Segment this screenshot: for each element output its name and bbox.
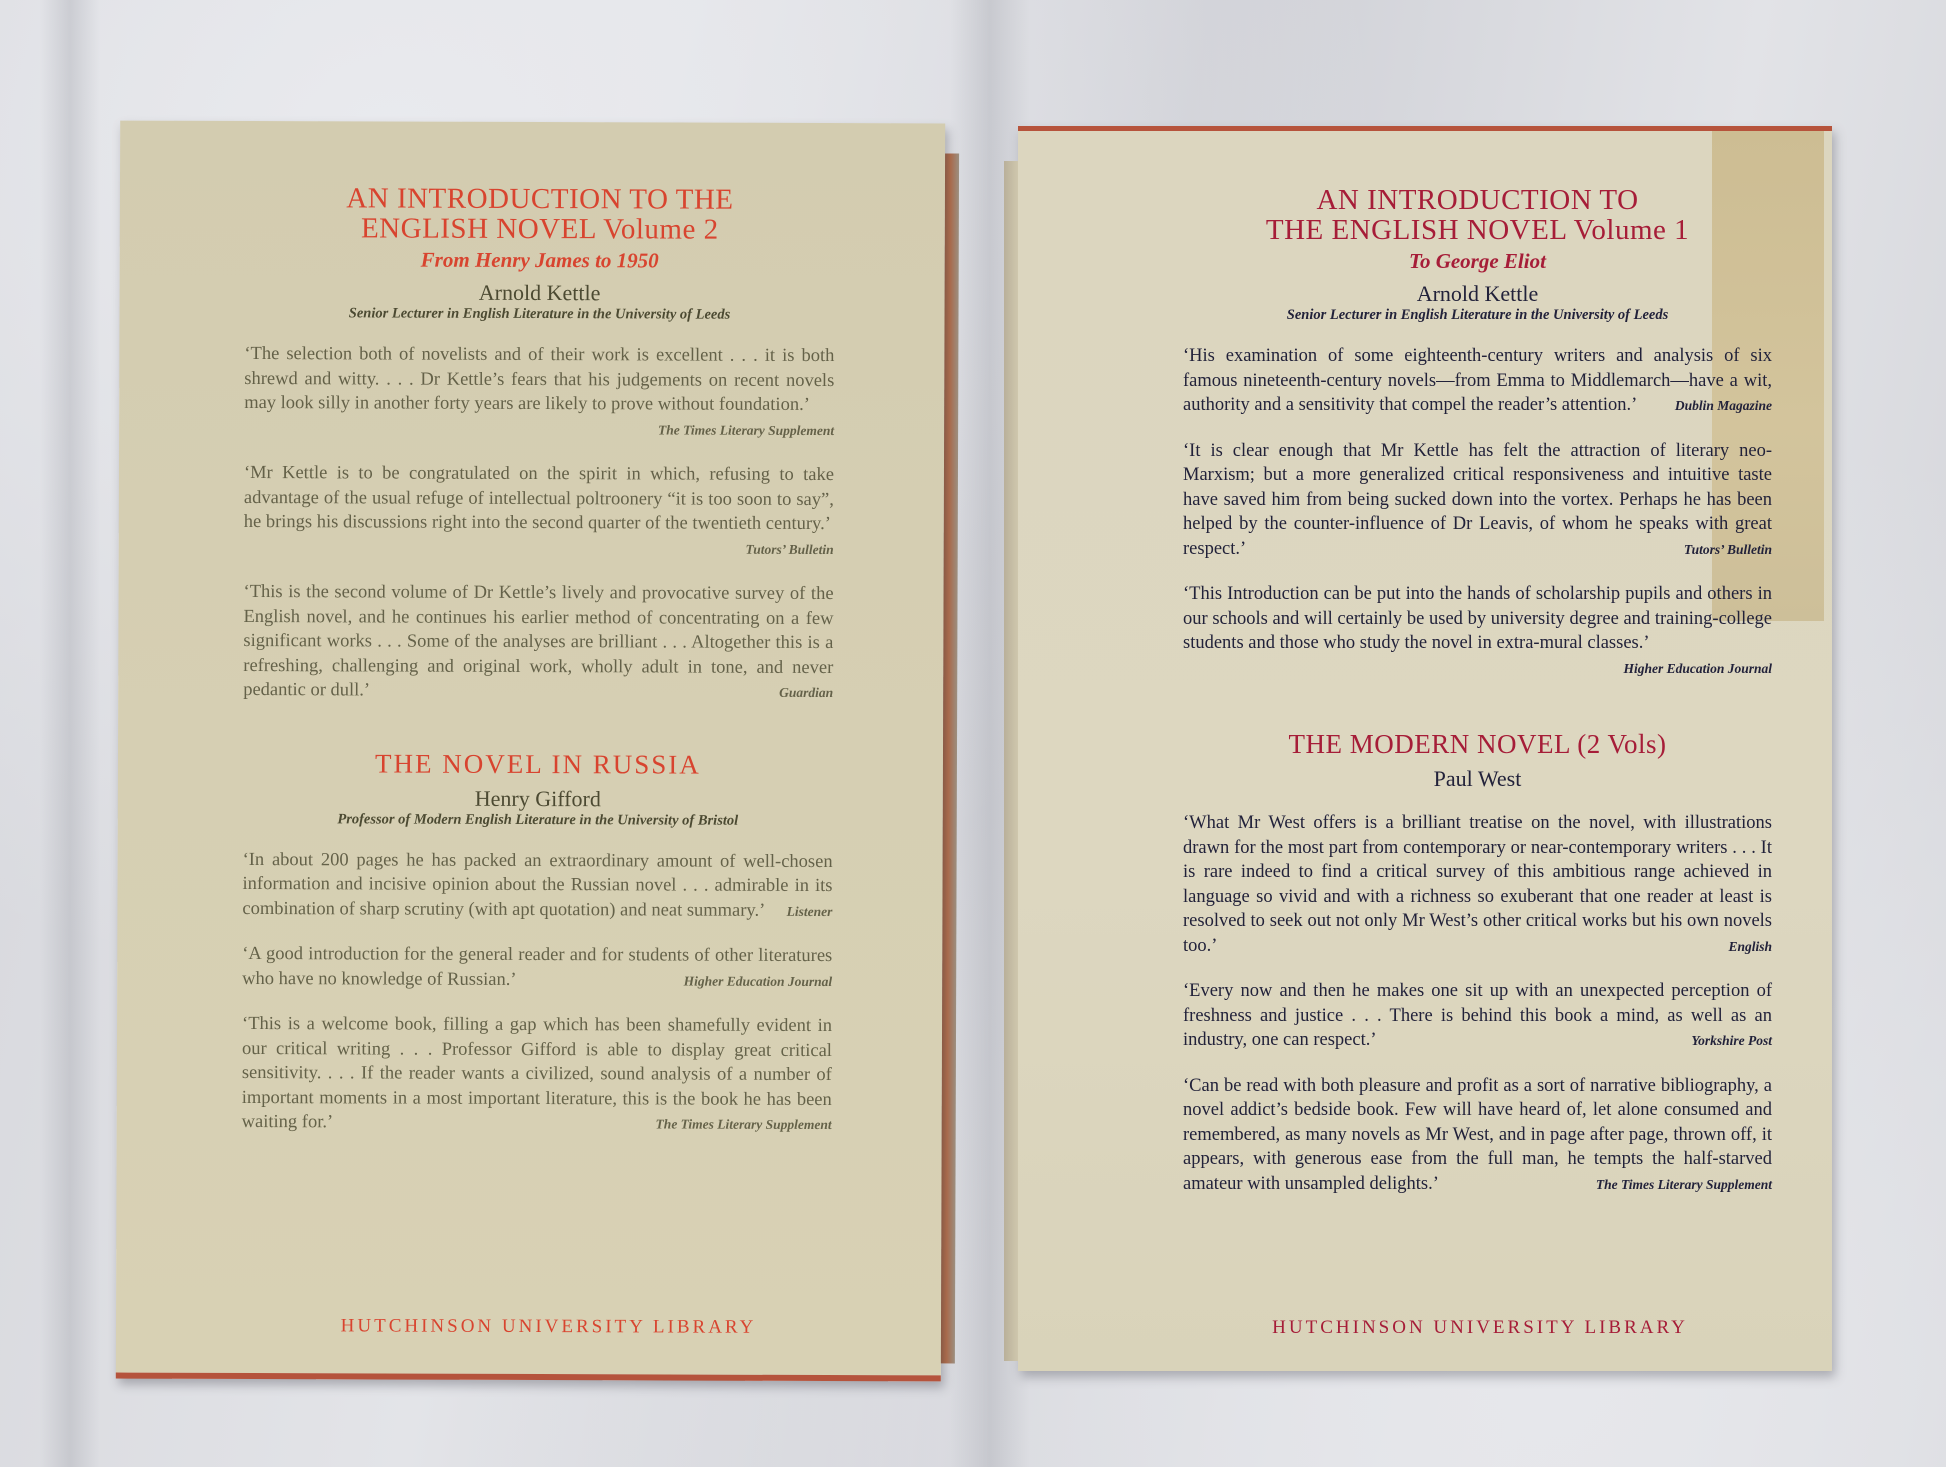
title-line: ENGLISH NOVEL Volume 2 [245,213,835,245]
review-source: Yorkshire Post [1691,1029,1772,1054]
review-source: Higher Education Journal [1623,657,1772,682]
book-back-cover-volume-2: AN INTRODUCTION TO THE ENGLISH NOVEL Vol… [116,121,945,1382]
review-quote: ‘His examination of some eighteenth-cent… [1183,344,1772,419]
review-source: The Times Literary Supplement [656,1112,832,1137]
review-quote: ‘Every now and then he makes one sit up … [1183,979,1772,1054]
review-source: English [1728,935,1772,960]
review-quote: ‘It is clear enough that Mr Kettle has f… [1183,439,1772,563]
book-subtitle: To George Eliot [1183,249,1772,274]
review-quote: ‘This is the second volume of Dr Kettle’… [243,580,833,706]
book-author: Paul West [1183,767,1772,791]
book-page-edge [1004,161,1018,1361]
review-source: Listener [787,899,833,924]
review-text: ‘In about 200 pages he has packed an ext… [242,849,832,920]
title-line: THE ENGLISH NOVEL Volume 1 [1183,215,1772,245]
book-section-novel-in-russia: THE NOVEL IN RUSSIA Henry Gifford Profes… [242,747,833,1137]
review-text: ‘The selection both of novelists and of … [244,344,834,415]
cloth-fold [40,0,100,1467]
review-text: ‘Every now and then he makes one sit up … [1183,981,1772,1050]
publisher-imprint: HUTCHINSON UNIVERSITY LIBRARY [1018,1317,1832,1339]
review-quote: ‘Can be read with both pleasure and prof… [1183,1074,1772,1198]
author-affiliation: Senior Lecturer in English Literature in… [1183,307,1772,324]
review-quote: ‘What Mr West offers is a brilliant trea… [1183,811,1772,959]
book-title: AN INTRODUCTION TO THE ENGLISH NOVEL Vol… [1183,185,1772,245]
book-author: Arnold Kettle [1183,282,1772,306]
title-line: AN INTRODUCTION TO [1183,185,1772,215]
book-title: THE NOVEL IN RUSSIA [243,747,833,779]
review-source: Tutors’ Bulletin [1684,538,1772,563]
review-source: Dublin Magazine [1675,394,1772,419]
book-subtitle: From Henry James to 1950 [245,247,835,274]
author-affiliation: Senior Lecturer in English Literature in… [244,305,834,324]
book-section-english-novel-vol1: AN INTRODUCTION TO THE ENGLISH NOVEL Vol… [1183,185,1772,681]
book-section-english-novel-vol2: AN INTRODUCTION TO THE ENGLISH NOVEL Vol… [243,183,835,706]
review-quote: ‘This is a welcome book, filling a gap w… [242,1012,832,1138]
review-quote: ‘A good introduction for the general rea… [242,942,832,994]
review-source: Guardian [779,681,833,706]
review-text: ‘Mr Kettle is to be congratulated on the… [244,463,834,534]
review-text: ‘This is the second volume of Dr Kettle’… [243,582,833,700]
book-author: Arnold Kettle [245,280,835,306]
review-source: Tutors’ Bulletin [746,537,834,562]
author-affiliation: Professor of Modern English Literature i… [243,810,833,829]
cover-content: AN INTRODUCTION TO THE ENGLISH NOVEL Vol… [117,121,946,1138]
review-quote: ‘In about 200 pages he has packed an ext… [242,847,832,924]
book-back-cover-volume-1: AN INTRODUCTION TO THE ENGLISH NOVEL Vol… [1018,126,1832,1371]
review-text: ‘This Introduction can be put into the h… [1183,584,1772,653]
book-title: AN INTRODUCTION TO THE ENGLISH NOVEL Vol… [245,183,835,245]
publisher-imprint: HUTCHINSON UNIVERSITY LIBRARY [116,1315,941,1340]
review-quote: ‘The selection both of novelists and of … [244,342,834,443]
review-source: The Times Literary Supplement [658,418,834,443]
review-source: The Times Literary Supplement [1596,1173,1772,1198]
review-quote: ‘Mr Kettle is to be congratulated on the… [244,461,834,562]
book-section-modern-novel: THE MODERN NOVEL (2 Vols) Paul West ‘Wha… [1183,729,1772,1197]
review-source: Higher Education Journal [684,969,833,994]
review-quote: ‘This Introduction can be put into the h… [1183,582,1772,681]
cover-content: AN INTRODUCTION TO THE ENGLISH NOVEL Vol… [1018,131,1832,1197]
review-text: ‘What Mr West offers is a brilliant trea… [1183,813,1772,956]
book-title: THE MODERN NOVEL (2 Vols) [1183,729,1772,759]
book-author: Henry Gifford [243,785,833,811]
title-line: AN INTRODUCTION TO THE [245,183,835,215]
